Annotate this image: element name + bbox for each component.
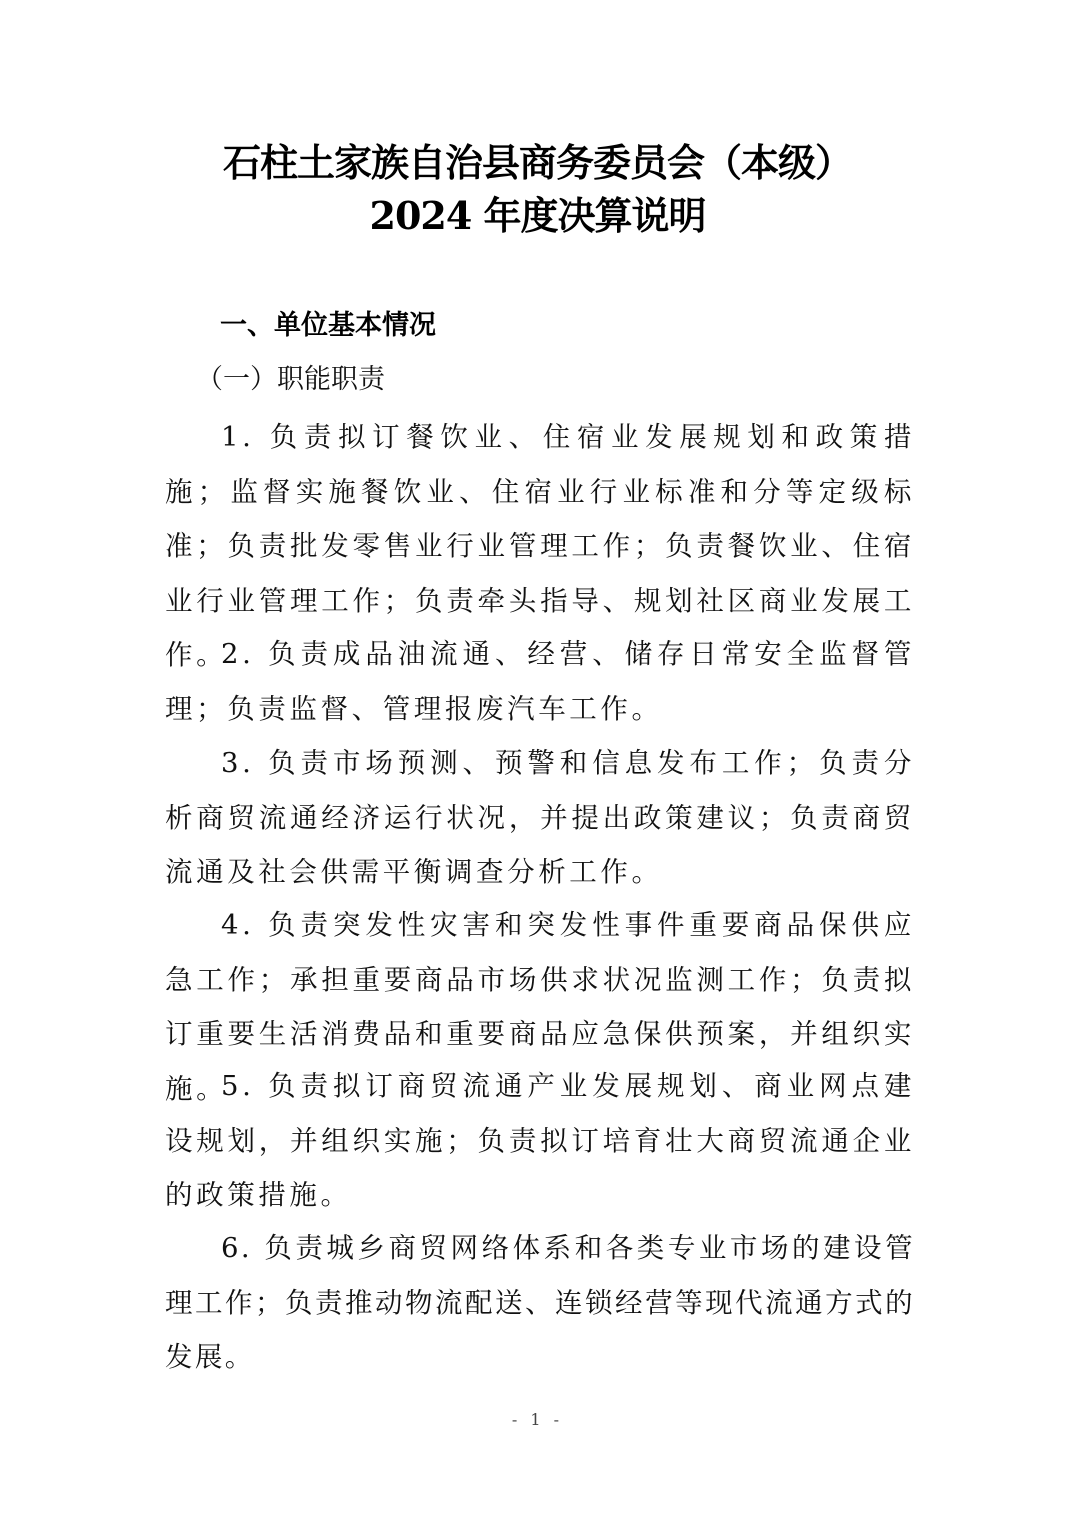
- document-title-line2: 2024 年度决算说明: [0, 188, 1075, 244]
- subsection-heading-responsibilities: （一）职能职责: [196, 360, 385, 400]
- document-page: 石柱土家族自治县商务委员会（本级） 2024 年度决算说明 一、单位基本情况 （…: [0, 0, 1075, 1520]
- paragraph-responsibility-5: 5. 负责拟订商贸流通产业发展规划、商业网点建设规划，并组织实施；负责拟订培育壮…: [165, 1059, 915, 1223]
- section-heading-basic-info: 一、单位基本情况: [220, 306, 436, 346]
- paragraph-responsibility-2: 2. 负责成品油流通、经营、储存日常安全监督管理；负责监督、管理报废汽车工作。: [165, 627, 915, 736]
- paragraph-responsibility-3: 3. 负责市场预测、预警和信息发布工作；负责分析商贸流通经济运行状况，并提出政策…: [165, 736, 915, 900]
- document-title-line1: 石柱土家族自治县商务委员会（本级）: [0, 135, 1075, 191]
- paragraph-responsibility-6: 6. 负责城乡商贸网络体系和各类专业市场的建设管理工作；负责推动物流配送、连锁经…: [165, 1221, 915, 1385]
- page-number: - 1 -: [0, 1410, 1075, 1429]
